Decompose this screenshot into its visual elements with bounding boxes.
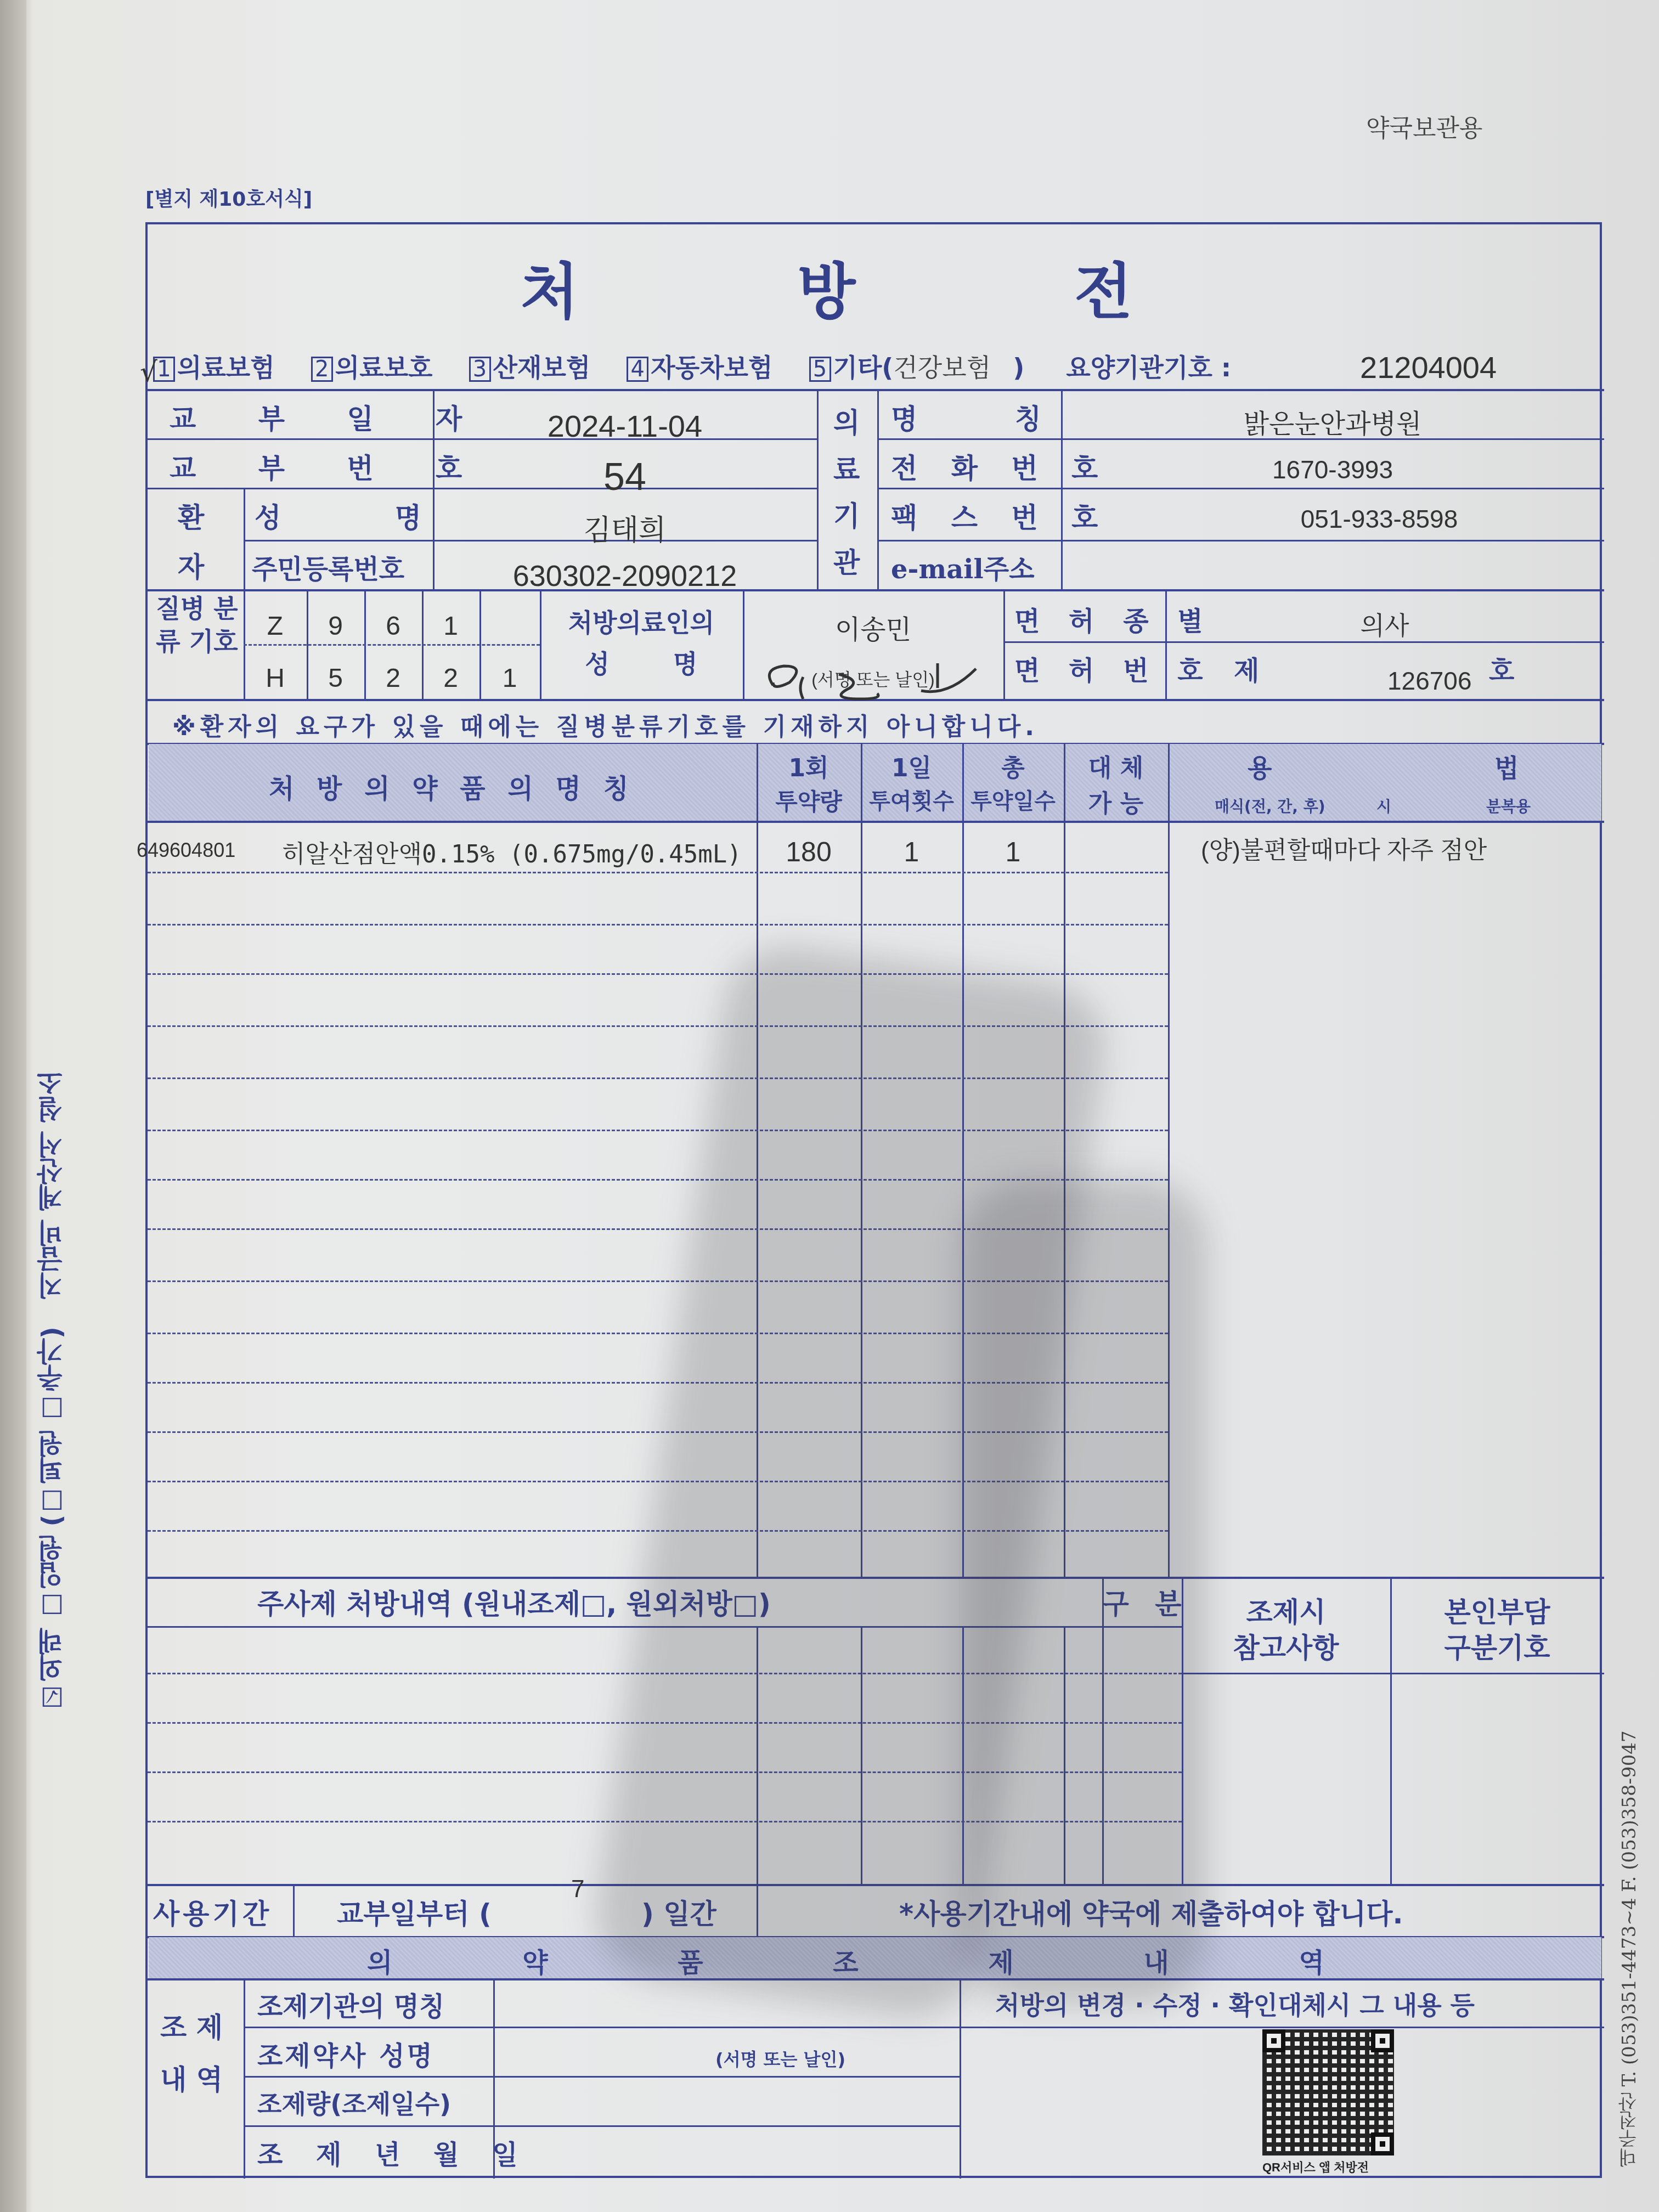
- form-number: [별지 제10호서식]: [145, 184, 312, 212]
- license-number-prefix: 제: [1234, 650, 1259, 687]
- institution-group-label: 의 료 기 관: [833, 400, 866, 586]
- institution-phone: 1670-3993: [1061, 455, 1604, 484]
- med-name-header: 처 방 의 약 품 의 명 칭: [148, 768, 757, 805]
- subst-header-1: 대 체: [1064, 748, 1168, 783]
- insurance-option-1[interactable]: 1의료보험: [153, 353, 275, 382]
- insurance-option-5[interactable]: 5기타(건강보험): [809, 353, 1058, 382]
- patient-name-label: 성 명: [255, 496, 421, 535]
- license-type: 의사: [1165, 606, 1604, 642]
- institution-code-label: 요양기관기호 :: [1066, 353, 1231, 382]
- disease-code-1-1: Z: [244, 611, 307, 641]
- disease-code-1-2: 9: [307, 611, 364, 641]
- dispensing-group-label: 조 제 내 역: [159, 2002, 224, 2106]
- usage-header-sub3: 분복용: [1486, 795, 1531, 817]
- med-usage: (양)불편할때마다 자주 점안: [1201, 831, 1487, 866]
- usage-header-1b: 법: [1494, 748, 1519, 785]
- usage-period-days: 7: [571, 1876, 584, 1903]
- dispensing-amount-label: 조제량(조제일수): [257, 2084, 451, 2120]
- disease-code-notice: ※환자의 요구가 있을 때에는 질병분류기호를 기재하지 아니합니다.: [172, 707, 1039, 742]
- usage-header-sub1: 매식(전, 간, 후): [1215, 795, 1325, 817]
- patient-group-label: 환 자: [178, 493, 216, 592]
- disease-code-2-1: H: [244, 663, 307, 693]
- prescriber-label-line2: 성 명: [540, 644, 743, 680]
- checkbox-discharge[interactable]: ☐: [37, 1483, 67, 1514]
- qr-finder-icon: [1262, 2029, 1285, 2052]
- pharmacist-sign-hint: (서명 또는 날인): [715, 2046, 845, 2071]
- pharmacist-label: 조제약사 성명: [257, 2035, 435, 2073]
- days-header-2: 투약일수: [962, 784, 1064, 815]
- usage-period-label: 사용기간: [153, 1892, 272, 1932]
- insurance-types: 1의료보험 2의료보호 3산재보험 4자동차보험 5기타(건강보험) 요양기관기…: [153, 348, 1231, 384]
- disease-code-2-4: 2: [422, 663, 479, 693]
- qr-finder-icon: [1371, 2132, 1394, 2155]
- page-title: 처 방 전: [148, 244, 1604, 330]
- dose-header-1: 1회: [757, 748, 861, 783]
- dose-header-2: 투약량: [757, 784, 861, 817]
- copay-label-1: 본인부담: [1390, 1590, 1604, 1630]
- insurance-other-value: 건강보험: [893, 353, 991, 382]
- side-strip: ☑외래 ☐입원 (☐퇴원 ☐추가) 지급비 계산서 설소: [33, 1070, 71, 1975]
- med-name: 히알산점안액0.15% (0.675mg/0.45mL): [282, 834, 742, 870]
- qr-caption: QR서비스 앱 처방전: [1262, 2158, 1369, 2175]
- usage-header-1a: 용: [1248, 748, 1272, 785]
- insurance-option-2[interactable]: 2의료보호: [311, 353, 433, 382]
- hand-shadow: [960, 1180, 1207, 2002]
- license-number: 126706: [1387, 666, 1472, 696]
- copay-label-2: 구분기호: [1390, 1626, 1604, 1666]
- usage-period-before: 교부일부터 (: [337, 1892, 492, 1932]
- disease-code-2-5: 1: [479, 663, 540, 693]
- disease-code-label: 질병 분류 기호: [156, 592, 238, 658]
- checkbox-inpatient[interactable]: ☐: [37, 1588, 67, 1619]
- paper-edge: [0, 0, 26, 2212]
- disease-code-2-3: 2: [364, 663, 422, 693]
- checkbox-outpatient[interactable]: ☑: [37, 1681, 67, 1712]
- insurance-option-3[interactable]: 3산재보험: [469, 353, 591, 382]
- usage-header-sub2: 시: [1376, 795, 1391, 817]
- freq-header-1: 1일: [861, 748, 962, 783]
- pharmacy-name-label: 조제기관의 명칭: [257, 1985, 444, 2023]
- dispensing-date-label: 조 제 년 월 일: [257, 2134, 530, 2171]
- institution-name-label: 명 칭: [891, 397, 1041, 437]
- med-dose: 180: [757, 836, 861, 868]
- med-code: 649604801: [137, 839, 235, 862]
- freq-header-2: 투여횟수: [861, 784, 962, 815]
- institution-name: 밝은눈안과병원: [1061, 403, 1604, 441]
- printer-info: 대주전산 T. (053)351-4473~4 F. (053)358-9047: [1616, 1646, 1643, 2167]
- pharmacy-ref-label-2: 참고사항: [1182, 1626, 1390, 1666]
- days-header-1: 총: [962, 748, 1064, 783]
- med-freq: 1: [861, 836, 962, 868]
- rrn-label: 주민등록번호: [252, 548, 404, 586]
- issue-number: 54: [433, 455, 817, 499]
- disease-code-1-3: 6: [364, 611, 422, 641]
- pharmacy-ref-label-1: 조제시: [1182, 1590, 1390, 1630]
- corner-note: 약국보관용: [1366, 109, 1483, 144]
- institution-code: 21204004: [1360, 349, 1497, 385]
- license-number-label: 면 허 번 호: [1014, 650, 1213, 687]
- insurance-option-4[interactable]: 4자동차보험: [627, 353, 772, 382]
- disease-code-2-2: 5: [307, 663, 364, 693]
- prescriber-name: 이송민: [743, 608, 1003, 646]
- signature-scribble: [757, 652, 1042, 702]
- fax-label: 팩 스 번 호: [891, 496, 1110, 535]
- subst-header-2: 가 능: [1064, 784, 1168, 819]
- license-number-suffix: 호: [1489, 650, 1514, 687]
- qr-finder-icon: [1371, 2029, 1394, 2052]
- checkbox-add[interactable]: ☐: [37, 1391, 67, 1422]
- email-label: e-mail주소: [891, 548, 1035, 586]
- disease-code-1-4: 1: [422, 611, 479, 641]
- prescriber-label-line1: 처방의료인의: [540, 603, 743, 639]
- institution-fax: 051-933-8598: [1108, 504, 1651, 534]
- patient-name: 김태희: [433, 507, 817, 548]
- issue-date: 2024-11-04: [433, 408, 817, 444]
- checkmark-icon: √: [140, 356, 157, 388]
- patient-rrn: 630302-2090212: [433, 559, 817, 593]
- med-days: 1: [962, 836, 1064, 868]
